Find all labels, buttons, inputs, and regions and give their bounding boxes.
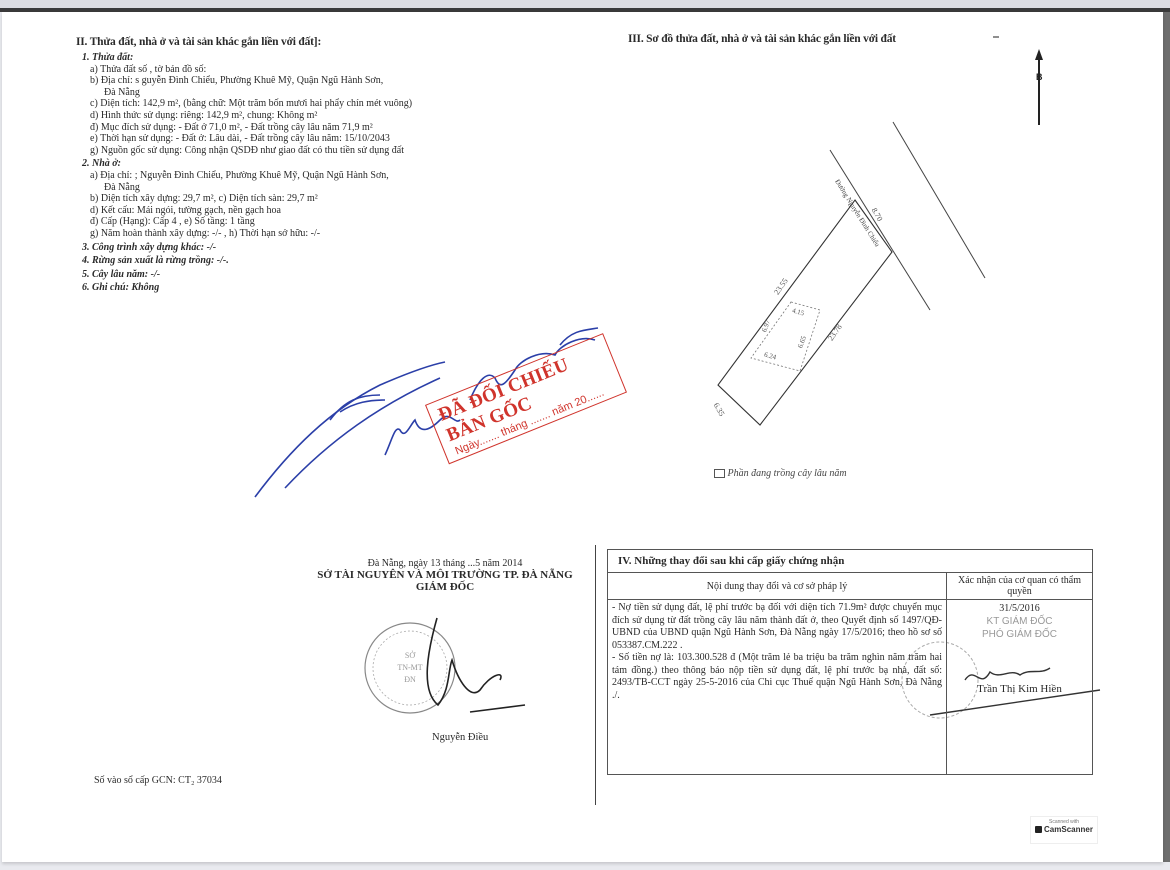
- change-content-2: - Số tiền nợ là: 103.300.528 đ (Một trăm…: [612, 652, 942, 702]
- change-content-1: - Nợ tiền sử dụng đất, lệ phí trước bạ đ…: [612, 602, 942, 652]
- camscanner-logo-icon: [1035, 826, 1042, 833]
- signer-role: GIÁM ĐỐC: [290, 581, 600, 593]
- changes-table: IV. Những thay đổi sau khi cấp giấy chứn…: [607, 549, 1093, 775]
- north-arrow-icon: [1035, 49, 1043, 125]
- diagram-legend: Phần đang trồng cây lâu năm: [714, 468, 847, 479]
- confirm-role-1: KT GIÁM ĐỐC: [951, 615, 1088, 628]
- signing-date: Đà Nẵng, ngày 13 tháng ...5 năm 2014: [290, 558, 600, 569]
- watermark-line-2: CamScanner: [1044, 825, 1093, 834]
- svg-text:ĐN: ĐN: [404, 675, 416, 684]
- road-edge-line: [893, 122, 985, 278]
- col-content-header: Nội dung thay đổi và cơ sở pháp lý: [608, 573, 947, 600]
- svg-text:TN-MT: TN-MT: [397, 663, 422, 672]
- col-confirm-header: Xác nhận của cơ quan có thẩm quyền: [947, 573, 1093, 600]
- legend-text: Phần đang trồng cây lâu năm: [728, 468, 847, 479]
- confirm-cell: 31/5/2016 KT GIÁM ĐỐC PHÓ GIÁM ĐỐC Trần …: [947, 600, 1093, 775]
- change-content: - Nợ tiền sử dụng đất, lệ phí trước bạ đ…: [608, 600, 947, 775]
- section-4-title: IV. Những thay đổi sau khi cấp giấy chứn…: [608, 550, 1093, 573]
- issuing-agency: SỞ TÀI NGUYÊN VÀ MÔI TRƯỜNG TP. ĐÀ NẴNG: [290, 569, 600, 581]
- confirm-role-2: PHÓ GIÁM ĐỐC: [951, 628, 1088, 641]
- director-name: Nguyễn Điều: [432, 732, 488, 743]
- north-label: B: [1036, 72, 1043, 82]
- signing-block: Đà Nẵng, ngày 13 tháng ...5 năm 2014 SỞ …: [290, 558, 600, 593]
- confirm-date: 31/5/2016: [951, 602, 1088, 615]
- director-signature: [427, 618, 525, 712]
- registry-number: Số vào sổ cấp GCN: CT₂ 37034: [94, 775, 222, 786]
- svg-text:SỞ: SỞ: [405, 650, 416, 660]
- confirm-signer: Trần Thị Kim Hiền: [951, 683, 1088, 696]
- legend-box-icon: [714, 469, 725, 478]
- column-divider: [595, 545, 596, 805]
- camscanner-watermark: Scanned with CamScanner: [1030, 816, 1098, 844]
- road-edge-line: [830, 150, 930, 310]
